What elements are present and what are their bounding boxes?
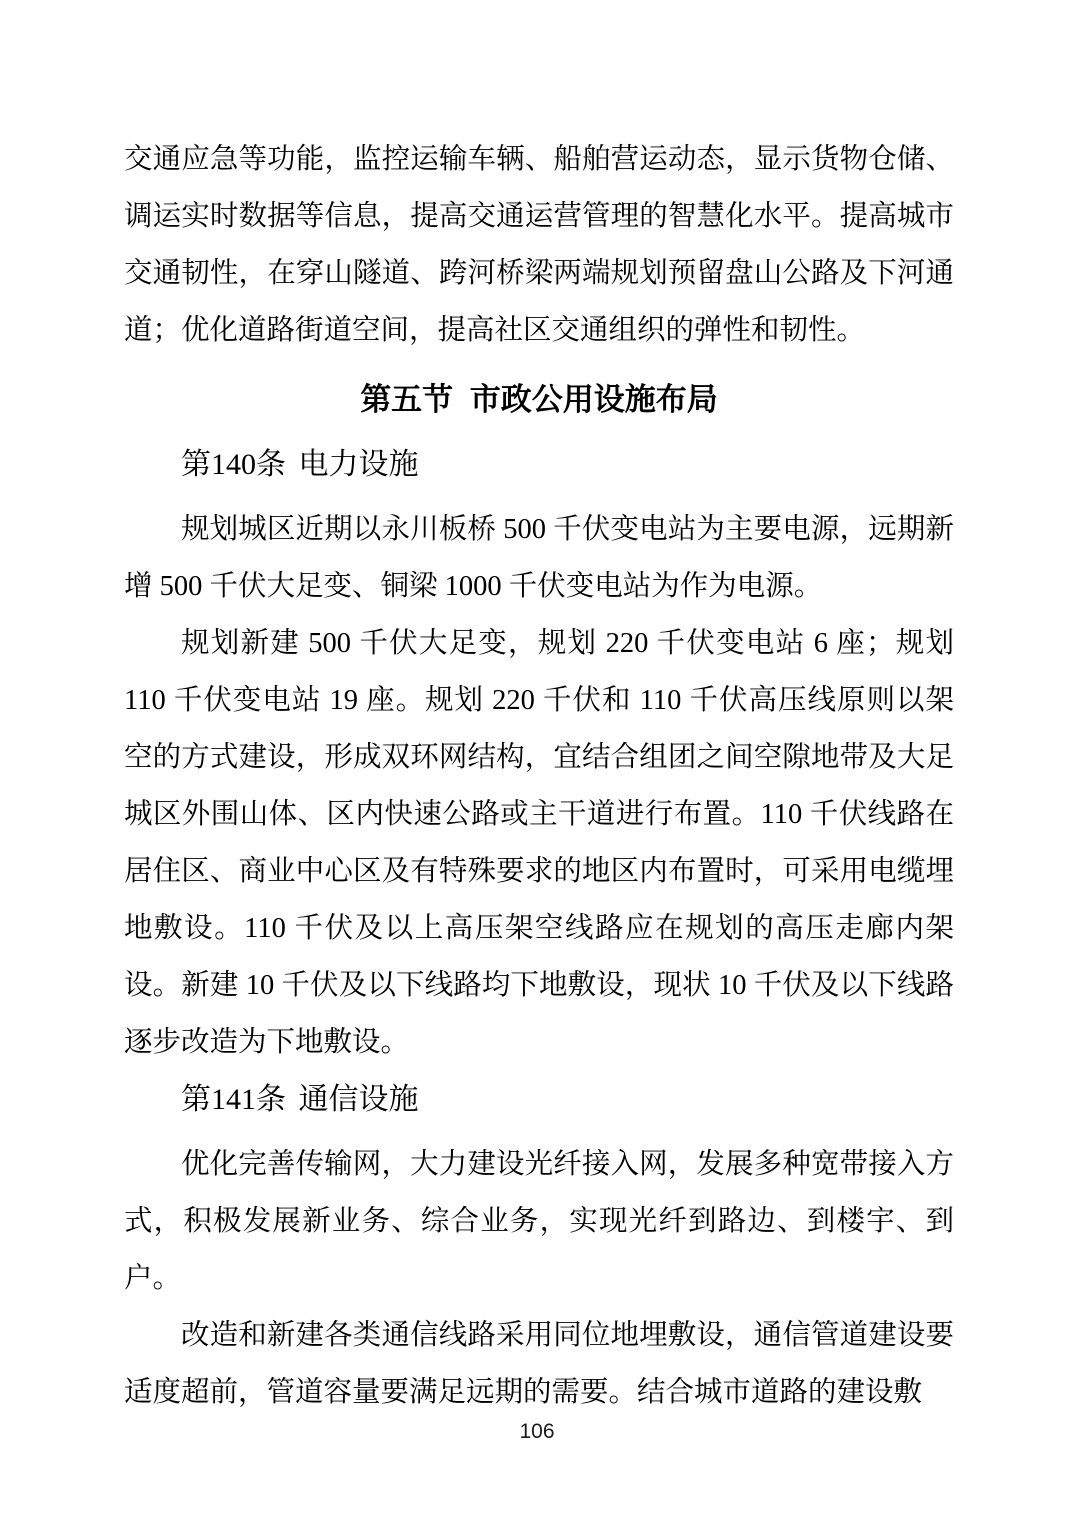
article-140-heading: 第140条 电力设施: [124, 436, 954, 493]
article-140-paragraph-2: 规划新建 500 千伏大足变，规划 220 千伏变电站 6 座；规划 110 千…: [124, 615, 954, 1071]
article-141-paragraph-1: 优化完善传输网，大力建设光纤接入网，发展多种宽带接入方式，积极发展新业务、综合业…: [124, 1136, 954, 1307]
section-heading: 第五节 市政公用设施布局: [124, 371, 954, 428]
continuation-paragraph: 交通应急等功能，监控运输车辆、船舶营运动态，显示货物仓储、调运实时数据等信息，提…: [124, 131, 954, 359]
article-140-paragraph-1: 规划城区近期以永川板桥 500 千伏变电站为主要电源，远期新增 500 千伏大足…: [124, 501, 954, 615]
article-141-paragraph-2: 改造和新建各类通信线路采用同位地埋敷设，通信管道建设要适度超前，管道容量要满足远…: [124, 1307, 954, 1421]
page-content: 交通应急等功能，监控运输车辆、船舶营运动态，显示货物仓储、调运实时数据等信息，提…: [0, 0, 1074, 1421]
article-141-heading: 第141条 通信设施: [124, 1071, 954, 1128]
document-page: 交通应急等功能，监控运输车辆、船舶营运动态，显示货物仓储、调运实时数据等信息，提…: [0, 0, 1074, 1520]
page-number: 106: [0, 1419, 1074, 1445]
